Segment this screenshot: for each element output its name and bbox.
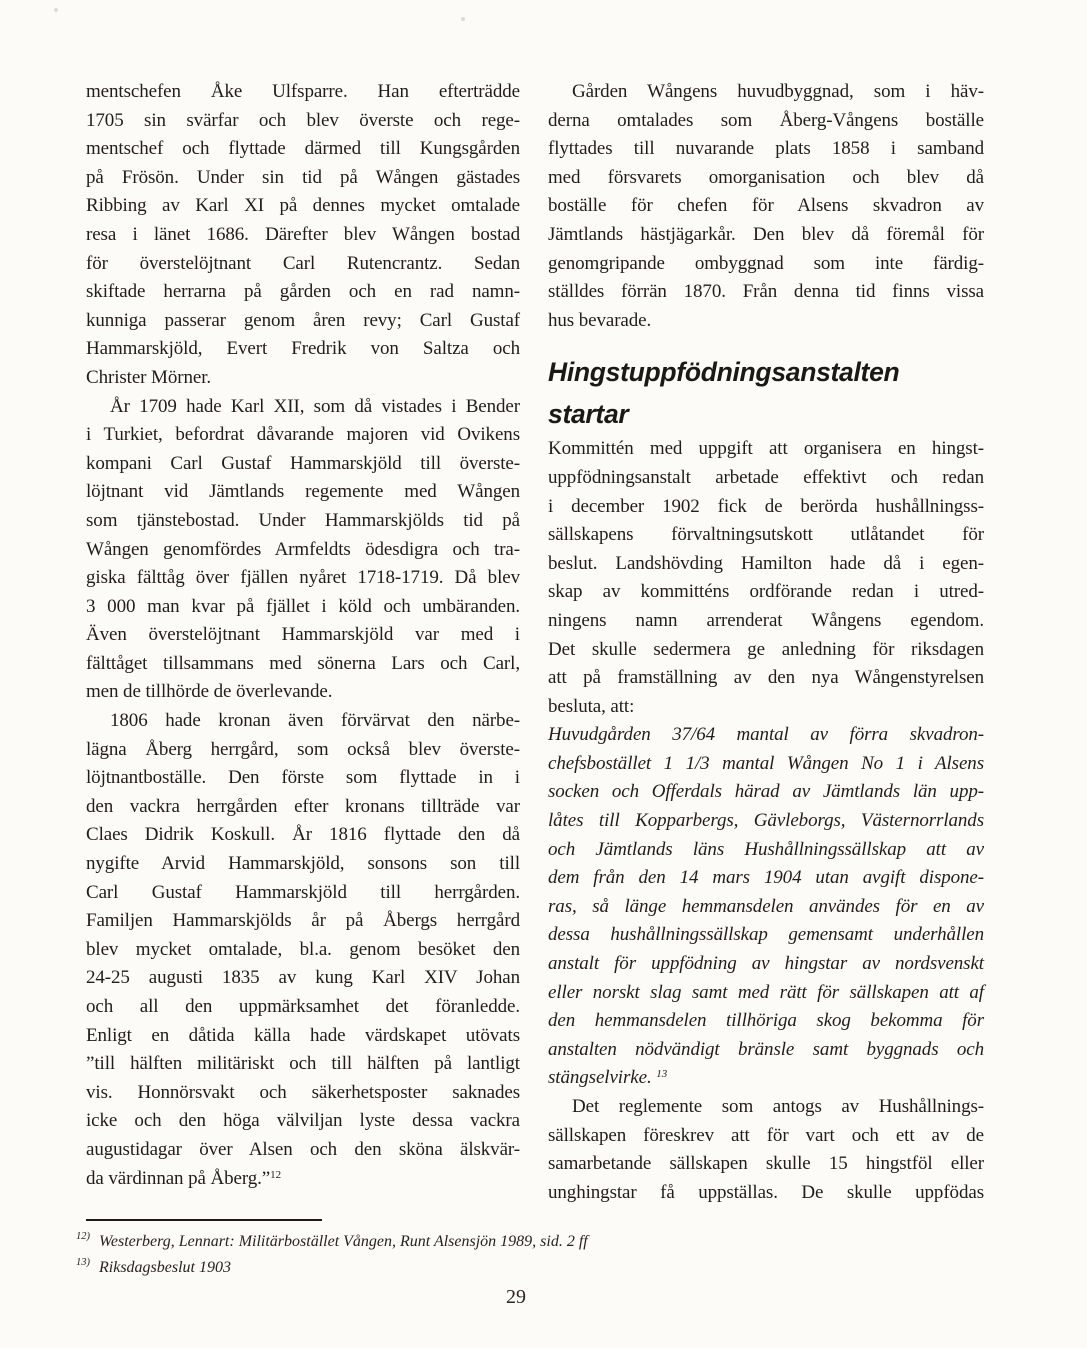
footnote: 13)Riksdagsbeslut 1903 [76,1255,676,1281]
text-line: flyttades till nuvarande plats 1858 i sa… [548,135,984,164]
text-line: beslut. Landshövding Hamilton hade då i … [548,550,984,579]
text-line: socken och Offerdals härad av Jämtlands … [548,778,984,807]
paragraph: mentschefen Åke Ulfsparre. Han efterträd… [86,78,520,393]
text-line: dem från den 14 mars 1904 utan avgift di… [548,864,984,893]
paragraph: Huvudgården 37/64 mantal av förra skvadr… [548,721,984,1093]
text-line: Hammarskjöld, Evert Fredrik von Saltza o… [86,335,520,364]
text-line: mentschef och flyttade därmed till Kungs… [86,135,520,164]
footnote-list: 12)Westerberg, Lennart: Militärbostället… [76,1229,676,1281]
text-line: Det reglemente som antogs av Hushållning… [548,1093,984,1122]
book-page: mentschefen Åke Ulfsparre. Han efterträd… [0,0,1087,1348]
text-line: den hemmansdelen tillhöriga skog bekomma… [548,1007,984,1036]
text-line: unghingstar få uppställas. De skulle upp… [548,1179,984,1208]
text-line: låtes till Kopparbergs, Gävleborgs, Väst… [548,807,984,836]
text-line: den vackra herrgården efter kronans till… [86,793,520,822]
text-line: Familjen Hammarskjölds år på Åbergs herr… [86,907,520,936]
text-line: sällskapen föreskrev att för vart och et… [548,1122,984,1151]
text-line: Christer Mörner. [86,364,520,393]
text-line: da värdinnan på Åberg.”12 [86,1165,520,1194]
text-line: 1705 sin svärfar och blev överste och re… [86,107,520,136]
left-column: mentschefen Åke Ulfsparre. Han efterträd… [86,78,520,1193]
text-line: i Turkiet, befordrat dåvarande majoren v… [86,421,520,450]
right-column-body: Kommittén med uppgift att organisera en … [548,435,984,721]
text-line: derna omtalades som Åberg-Vångens bostäl… [548,107,984,136]
section-heading-line: Hingstuppfödningsanstalten [548,351,984,393]
text-line: 1806 hade kronan även förvärvat den närb… [86,707,520,736]
text-line: augustidagar över Alsen och den sköna äl… [86,1136,520,1165]
text-line: ställdes förrän 1870. Från denna tid fin… [548,278,984,307]
text-line: chefsbostället 1 1/3 mantal Wången No 1 … [548,750,984,779]
footnote-reference: 12 [270,1169,281,1181]
text-line: Ribbing av Karl XI på dennes mycket omta… [86,192,520,221]
text-line: hus bevarade. [548,307,984,336]
text-line: löjtnant vid Jämtlands regemente med Wån… [86,478,520,507]
text-line: 3 000 man kvar på fjället i köld och umb… [86,593,520,622]
text-line: Kommittén med uppgift att organisera en … [548,435,984,464]
text-line: på Frösön. Under sin tid på Wången gästa… [86,164,520,193]
right-column: Gården Wångens huvudbyggnad, som i häv-d… [548,78,984,1207]
footnote-reference: 13 [656,1068,667,1080]
footnote-text: Riksdagsbeslut 1903 [99,1259,231,1276]
footnote-text: Westerberg, Lennart: Militärbostället Vå… [99,1233,588,1250]
text-line: anstalten nödvändigt bränsle samt byggna… [548,1036,984,1065]
text-line: kompani Carl Gustaf Hammarskjöld till öv… [86,450,520,479]
text-line: nygifte Arvid Hammarskjöld, sonsons son … [86,850,520,879]
page-number: 29 [486,1286,546,1309]
footnote-rule [86,1219,322,1221]
text-line: Wången genomfördes Armfeldts ödesdigra o… [86,536,520,565]
text-line: Jämtlands hästjägarkår. Den blev då före… [548,221,984,250]
text-line: mentschefen Åke Ulfsparre. Han efterträd… [86,78,520,107]
text-line: Claes Didrik Koskull. År 1816 flyttade d… [86,821,520,850]
text-line: och Jämtlands läns Hushållningssällskap … [548,836,984,865]
text-line: vis. Honnörsvakt och säkerhetsposter sak… [86,1079,520,1108]
text-line: resa i länet 1686. Därefter blev Wången … [86,221,520,250]
paragraph: Kommittén med uppgift att organisera en … [548,435,984,721]
text-line: samarbetande sällskapen skulle 15 hingst… [548,1150,984,1179]
text-line: besluta, att: [548,693,984,722]
text-line: Även överstelöjtnant Hammarskjöld var me… [86,621,520,650]
text-line: Huvudgården 37/64 mantal av förra skvadr… [548,721,984,750]
text-line: och all den uppmärksamhet det föranledde… [86,993,520,1022]
text-line: fälttåget tillsammans med sönerna Lars o… [86,650,520,679]
text-line: blev mycket omtalade, bl.a. genom besöke… [86,936,520,965]
text-line: sällskapens förvaltningsutskott utlåtand… [548,521,984,550]
paragraph: Gården Wångens huvudbyggnad, som i häv-d… [548,78,984,335]
text-line: anstalt för uppfödning av hingstar av no… [548,950,984,979]
text-line: eller norskt slag samt med rätt för säll… [548,979,984,1008]
paragraph: 1806 hade kronan även förvärvat den närb… [86,707,520,1193]
text-line: giska fälttåg över fjällen nyåret 1718-1… [86,564,520,593]
text-line: skiftade herrarna på gården och en rad n… [86,278,520,307]
text-line: stängselvirke. 13 [548,1064,984,1093]
block-quote: Huvudgården 37/64 mantal av förra skvadr… [548,721,984,1093]
right-column-intro: Gården Wångens huvudbyggnad, som i häv-d… [548,78,984,335]
text-line: ningens namn arrenderat Wångens egendom. [548,607,984,636]
footnotes: 12)Westerberg, Lennart: Militärbostället… [76,1219,676,1281]
text-line: År 1709 hade Karl XII, som då vistades i… [86,393,520,422]
text-line: lägna Åberg herrgård, som också blev öve… [86,736,520,765]
text-line: att på framställning av den nya Wångenst… [548,664,984,693]
footnote-marker: 13) [76,1257,90,1268]
text-line: med försvarets omorganisation och blev d… [548,164,984,193]
text-line: skap av kommitténs ordförande redan i ut… [548,578,984,607]
text-line: genomgripande ombyggnad som inte färdig- [548,250,984,279]
text-line: 24-25 augusti 1835 av kung Karl XIV Joha… [86,964,520,993]
text-line: icke och den höga välviljan lyste dessa … [86,1107,520,1136]
text-line: boställe för chefen för Alsens skvadron … [548,192,984,221]
section-heading: Hingstuppfödningsanstalten startar [548,351,984,435]
text-line: Carl Gustaf Hammarskjöld till herrgården… [86,879,520,908]
text-line: dessa hushållningssällskap gemensamt und… [548,921,984,950]
paragraph: Det reglemente som antogs av Hushållning… [548,1093,984,1207]
section-heading-line: startar [548,393,984,435]
text-line: Enligt en dåtida källa hade värdskapet u… [86,1022,520,1051]
scan-speck [54,8,58,12]
scan-speck [461,17,465,21]
footnote: 12)Westerberg, Lennart: Militärbostället… [76,1229,676,1255]
paragraph: År 1709 hade Karl XII, som då vistades i… [86,393,520,708]
text-line: ras, så länge hemmansdelen användes för … [548,893,984,922]
text-line: men de tillhörde de överlevande. [86,678,520,707]
footnote-marker: 12) [76,1231,90,1242]
right-column-closing: Det reglemente som antogs av Hushållning… [548,1093,984,1207]
text-line: kunniga passerar genom åren revy; Carl G… [86,307,520,336]
text-line: uppfödningsanstalt arbetade effektivt oc… [548,464,984,493]
text-line: löjtnantboställe. Den förste som flyttad… [86,764,520,793]
text-line: Det skulle sedermera ge anledning för ri… [548,636,984,665]
text-line: som tjänstebostad. Under Hammarskjölds t… [86,507,520,536]
text-line: för överstelöjtnant Carl Rutencrantz. Se… [86,250,520,279]
text-line: ”till hälften militäriskt och till hälft… [86,1050,520,1079]
text-line: Gården Wångens huvudbyggnad, som i häv- [548,78,984,107]
text-line: i december 1902 fick de berörda hushålln… [548,493,984,522]
